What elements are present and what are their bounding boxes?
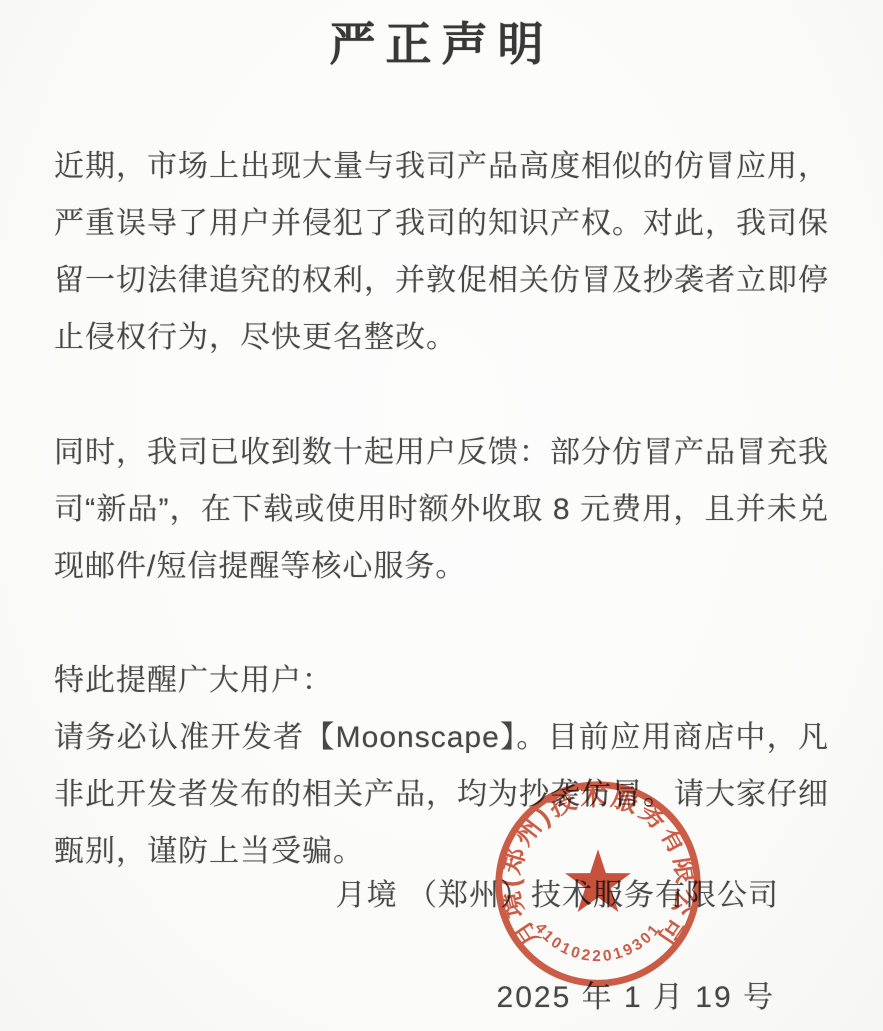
paragraph-user-feedback: 同时，我司已收到数十起用户反馈：部分仿冒产品冒充我司“新品”，在下载或使用时额外… (54, 424, 829, 595)
signature-block: 月境 （郑州）技术服务有限公司 2025 年 1 月 19 号 (336, 870, 779, 1016)
statement-document: 严正声明 近期，市场上出现大量与我司产品高度相似的仿冒应用，严重误导了用户并侵犯… (0, 0, 883, 1031)
company-name: 月境 （郑州）技术服务有限公司 (336, 870, 779, 914)
paragraph-developer-warning: 请务必认准开发者【Moonscape】。目前应用商店中，凡非此开发者发布的相关产… (54, 709, 829, 880)
paragraph-infringement-notice: 近期，市场上出现大量与我司产品高度相似的仿冒应用，严重误导了用户并侵犯了我司的知… (54, 138, 829, 366)
paragraph-reminder-heading: 特此提醒广大用户： (54, 652, 829, 709)
document-body: 近期，市场上出现大量与我司产品高度相似的仿冒应用，严重误导了用户并侵犯了我司的知… (0, 138, 883, 880)
statement-date: 2025 年 1 月 19 号 (336, 972, 775, 1016)
document-title: 严正声明 (0, 8, 883, 74)
